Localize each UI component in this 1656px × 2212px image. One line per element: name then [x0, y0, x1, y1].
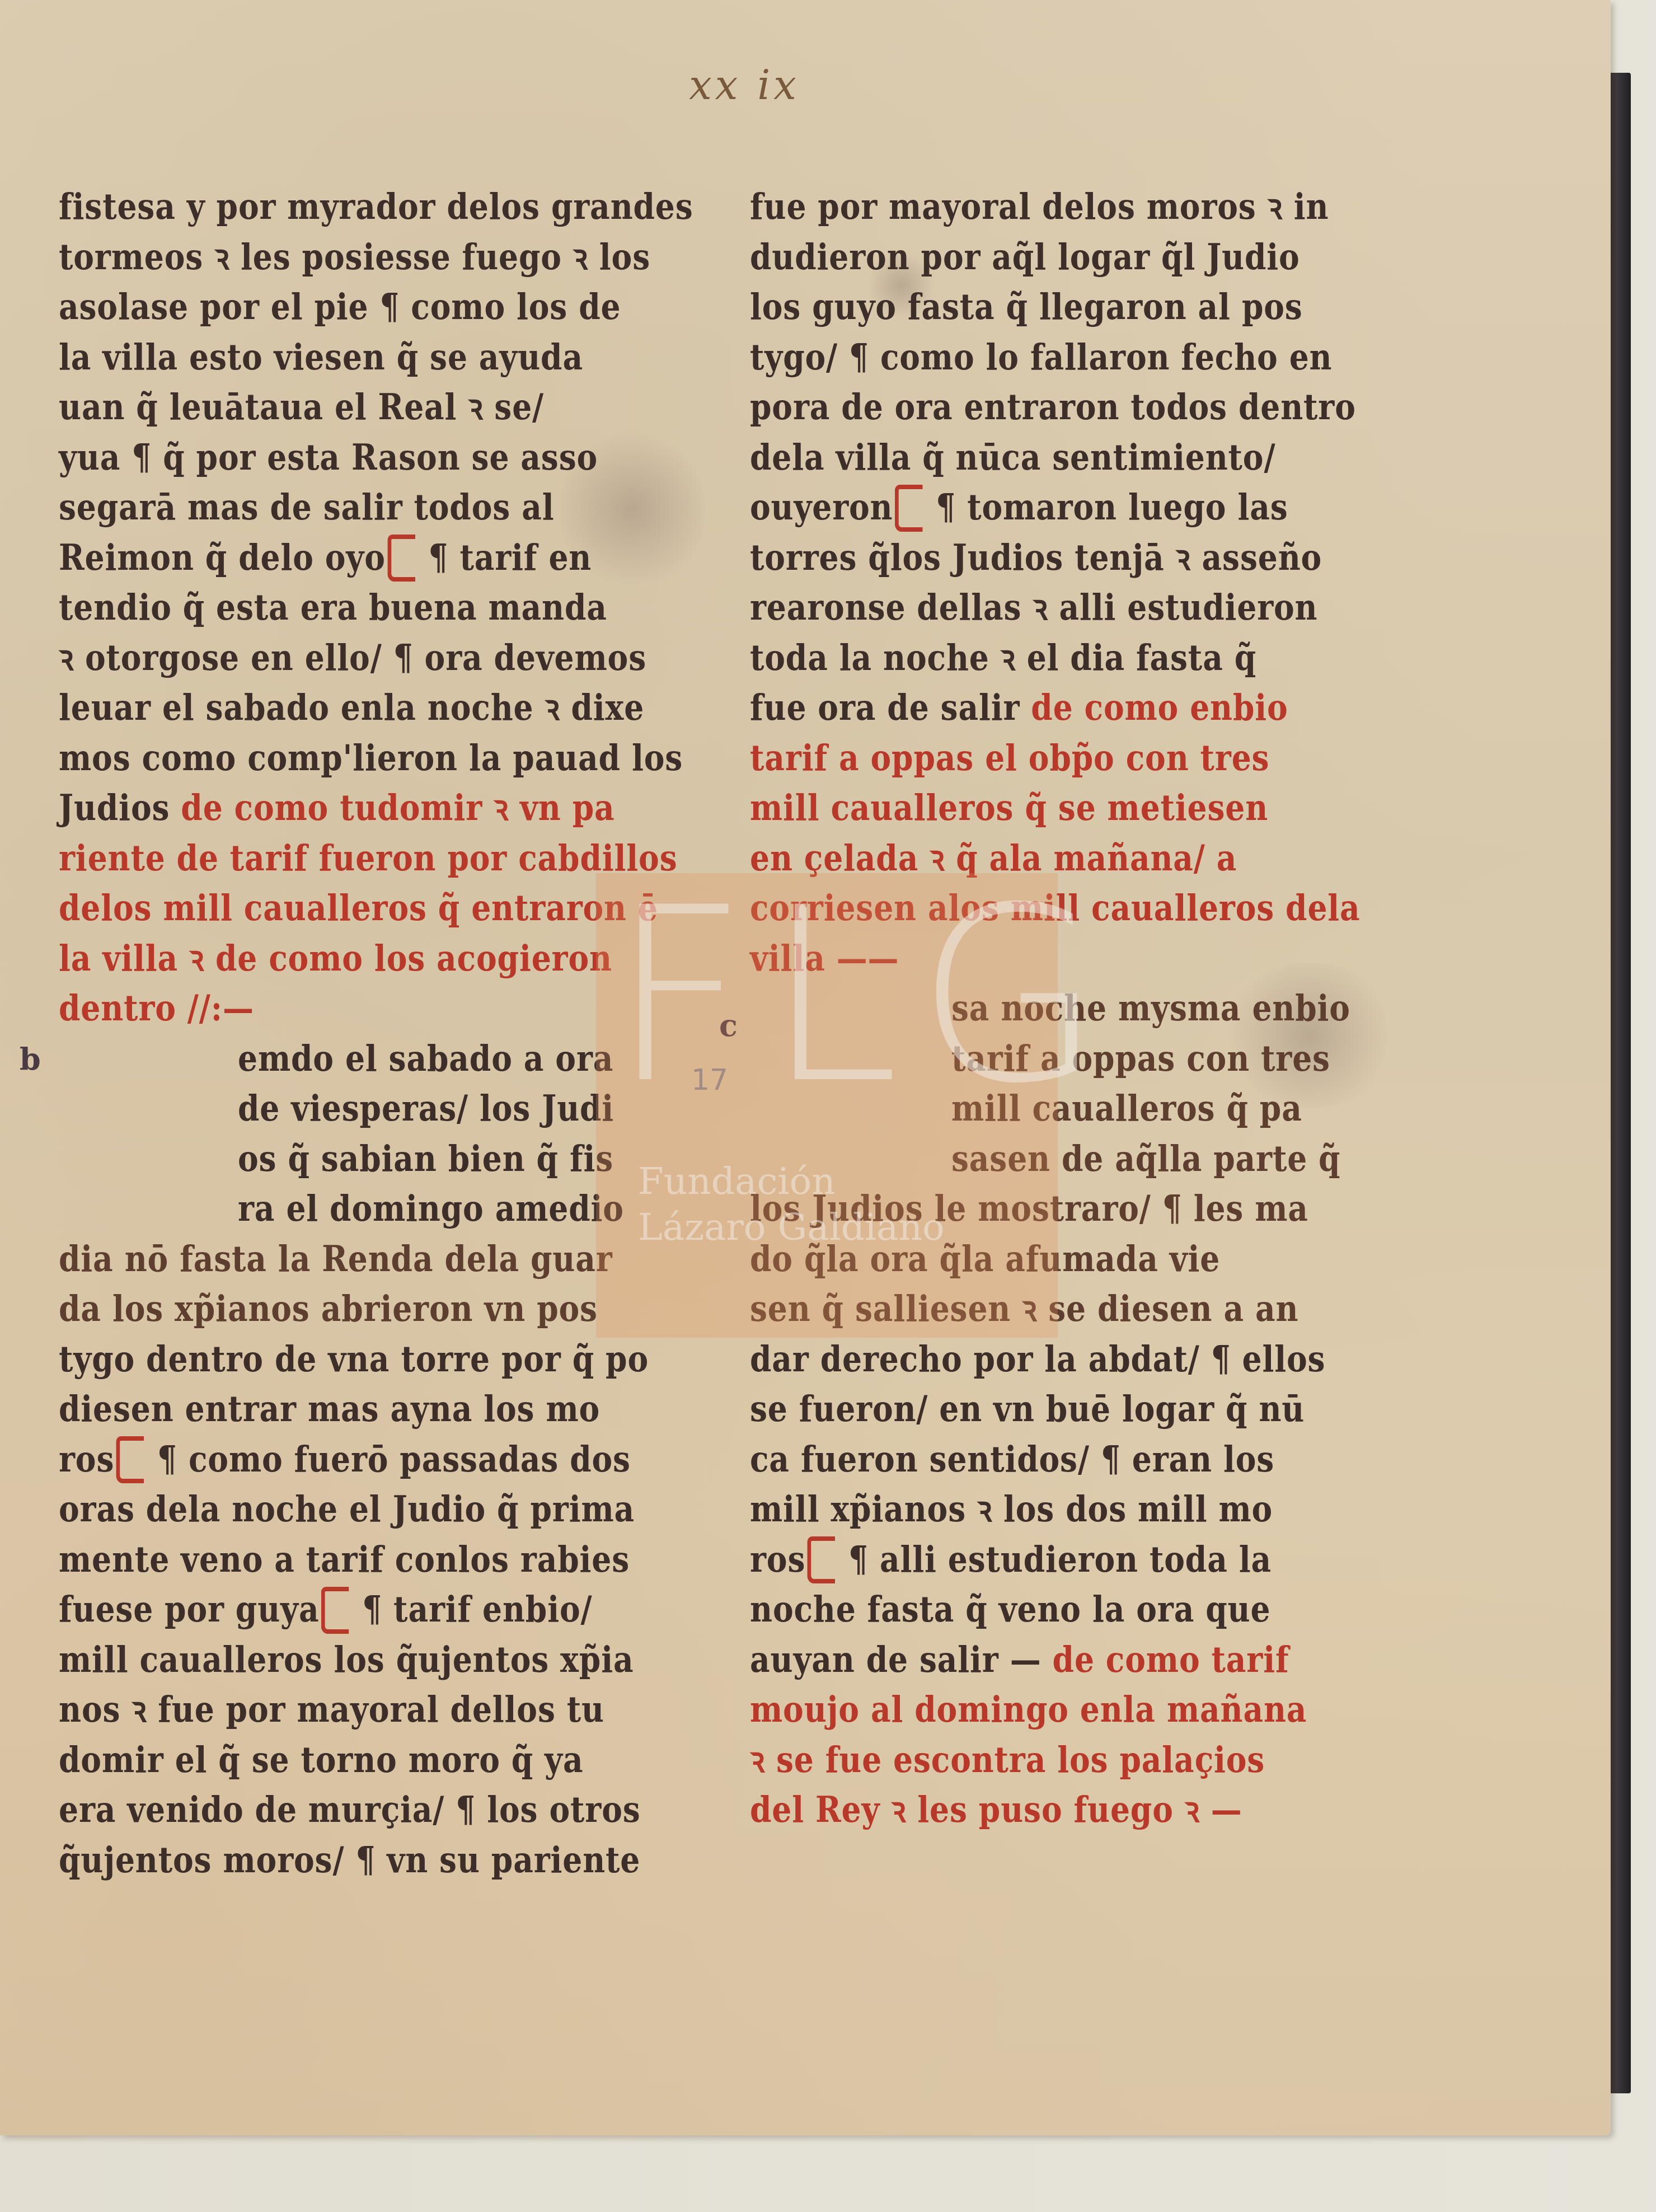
text-line: mill caualleros q̃ se metiesen — [750, 786, 1268, 831]
text-segment: oras dela noche el Judio q̃ prima — [59, 1488, 635, 1530]
text-segment: ¶ tarif enbio/ — [351, 1588, 592, 1630]
text-line: ꝛ se fue escontra los palaçios — [750, 1738, 1265, 1783]
text-segment: dudieron por aq̃l logar q̃l Judio — [750, 236, 1300, 278]
text-segment: era venido de murçia/ ¶ los otros — [59, 1789, 641, 1831]
text-line: moujo al domingo enla mañana — [750, 1688, 1307, 1732]
text-line: la villa ꝛ de como los acogieron — [59, 936, 612, 981]
text-line: fue por mayoral delos moros ꝛ in — [750, 185, 1329, 229]
text-segment: os q̃ sabian bien q̃ fis — [238, 1138, 613, 1180]
text-segment: emdo el sabado a ora — [238, 1038, 613, 1080]
text-line: dudieron por aq̃l logar q̃l Judio — [750, 235, 1300, 280]
text-segment: fuese por guya — [59, 1588, 319, 1630]
text-line: tygo dentro de vna torre por q̃ po — [59, 1337, 649, 1382]
text-segment: Judios — [59, 787, 170, 829]
text-line: domir el q̃ se torno moro q̃ ya — [59, 1738, 583, 1783]
text-line: fue ora de salir de como enbio — [750, 686, 1288, 730]
text-line: os q̃ sabian bien q̃ fis — [238, 1137, 613, 1182]
text-segment: ros — [59, 1438, 114, 1480]
text-line: rearonse dellas ꝛ alli estudieron — [750, 585, 1317, 630]
text-segment: los guyo fasta q̃ llegaron al pos — [750, 286, 1303, 328]
text-line: dar derecho por la abdat/ ¶ ellos — [750, 1337, 1325, 1382]
text-line: ros ¶ alli estudieron toda la — [750, 1538, 1272, 1586]
text-line: se fueron/ en vn buē logar q̃ nū — [750, 1387, 1305, 1432]
text-segment: diesen entrar mas ayna los mo — [59, 1388, 600, 1430]
text-line: noche fasta q̃ veno la ora que — [750, 1587, 1270, 1632]
text-line: oras dela noche el Judio q̃ prima — [59, 1487, 635, 1532]
text-segment: riente de tarif fueron por cabdillos — [59, 837, 678, 879]
text-segment: tygo/ ¶ como lo fallaron fecho en — [750, 336, 1332, 378]
text-segment: la villa ꝛ de como los acogieron — [59, 938, 612, 980]
text-line: Judios de como tudomir ꝛ vn pa — [59, 786, 615, 831]
text-segment: delos mill caualleros q̃ entraron ē — [59, 887, 658, 929]
text-segment: ꝛ otorgose en ello/ ¶ ora devemos — [59, 637, 646, 679]
pilcrow-mark-icon — [116, 1436, 144, 1483]
text-line: la villa esto viesen q̃ se ayuda — [59, 335, 583, 380]
text-segment: mos como comp'lieron la pauad los — [59, 737, 683, 779]
text-line: delos mill caualleros q̃ entraron ē — [59, 886, 658, 931]
text-line: mill caualleros los q̃ujentos xp̃ia — [59, 1638, 634, 1683]
text-segment: fue por mayoral delos moros ꝛ in — [750, 186, 1329, 228]
text-line: tormeos ꝛ les posiesse fuego ꝛ los — [59, 235, 650, 280]
text-segment: dela villa q̃ nūca sentimiento/ — [750, 437, 1275, 479]
text-line: fistesa y por myrador delos grandes — [59, 185, 693, 229]
text-line: mente veno a tarif conlos rabies — [59, 1538, 630, 1582]
text-segment: moujo al domingo enla mañana — [750, 1689, 1307, 1731]
text-line: ros ¶ como fuerō passadas dos — [59, 1437, 631, 1486]
text-segment: tormeos ꝛ les posiesse fuego ꝛ los — [59, 236, 650, 278]
text-segment: de viesperas/ los Judi — [238, 1088, 614, 1130]
text-segment: mill xp̃ianos ꝛ los dos mill mo — [750, 1488, 1273, 1530]
text-line: Reimon q̃ delo oyo ¶ tarif en — [59, 536, 592, 584]
text-segment: Reimon q̃ delo oyo — [59, 537, 386, 579]
text-segment: ꝛ se fue escontra los palaçios — [750, 1739, 1265, 1781]
text-segment: uan q̃ leuātaua el Real ꝛ se/ — [59, 386, 544, 428]
text-segment: ¶ tomaron luego las — [925, 486, 1288, 528]
text-line: da los xp̃ianos abrieron vn pos — [59, 1287, 598, 1332]
watermark-line-1: Fundación — [638, 1159, 1063, 1205]
text-segment: rearonse dellas ꝛ alli estudieron — [750, 587, 1317, 629]
text-line: de viesperas/ los Judi — [238, 1086, 614, 1131]
text-segment: dentro //:— — [59, 987, 254, 1029]
text-segment: leuar el sabado enla noche ꝛ dixe — [59, 687, 644, 729]
text-segment: la villa esto viesen q̃ se ayuda — [59, 336, 583, 378]
text-line: leuar el sabado enla noche ꝛ dixe — [59, 686, 644, 730]
text-segment: torres q̃los Judios tenjā ꝛ asseño — [750, 537, 1322, 579]
text-line: fuese por guya ¶ tarif enbio/ — [59, 1587, 592, 1636]
text-segment: dar derecho por la abdat/ ¶ ellos — [750, 1338, 1325, 1380]
book-binding-edge — [1607, 73, 1631, 2093]
text-line: tygo/ ¶ como lo fallaron fecho en — [750, 335, 1332, 380]
text-segment: ra el domingo amedio — [238, 1188, 624, 1230]
text-segment: yua ¶ q̃ por esta Rason se asso — [59, 437, 598, 479]
pilcrow-mark-icon — [321, 1587, 349, 1634]
text-segment: fue ora de salir — [750, 687, 1020, 729]
text-segment: mill caualleros los q̃ujentos xp̃ia — [59, 1639, 634, 1681]
text-line: era venido de murçia/ ¶ los otros — [59, 1788, 641, 1833]
text-line: toda la noche ꝛ el dia fasta q̃ — [750, 636, 1256, 681]
watermark-logo: FLG — [610, 862, 1058, 1131]
text-line: segarā mas de salir todos al — [59, 485, 554, 530]
text-line: riente de tarif fueron por cabdillos — [59, 836, 678, 881]
text-line: auyan de salir — de como tarif — [750, 1638, 1289, 1683]
text-segment: ¶ tarif en — [417, 537, 592, 579]
text-segment: ca fueron sentidos/ ¶ eran los — [750, 1438, 1274, 1480]
text-segment: del Rey ꝛ les puso fuego ꝛ — — [750, 1789, 1242, 1831]
text-segment: tarif a oppas el obp̃o con tres — [750, 737, 1269, 779]
text-segment: fistesa y por myrador delos grandes — [59, 186, 693, 228]
text-line: dela villa q̃ nūca sentimiento/ — [750, 435, 1275, 480]
text-segment: pora de ora entraron todos dentro — [750, 386, 1356, 428]
text-segment: ¶ alli estudieron toda la — [837, 1539, 1272, 1581]
watermark-line-2: Lázaro Galdiano — [638, 1205, 1063, 1250]
text-line: yua ¶ q̃ por esta Rason se asso — [59, 435, 598, 480]
text-line: emdo el sabado a ora — [238, 1037, 613, 1081]
rubric-heading: de como tarif — [1042, 1639, 1289, 1681]
text-segment: segarā mas de salir todos al — [59, 486, 554, 528]
text-segment: auyan de salir — — [750, 1639, 1042, 1681]
rubric-heading: de como tudomir ꝛ vn pa — [170, 787, 614, 829]
text-line: tendio q̃ esta era buena manda — [59, 585, 607, 630]
text-segment: q̃ujentos moros/ ¶ vn su pariente — [59, 1839, 640, 1881]
text-line: uan q̃ leuātaua el Real ꝛ se/ — [59, 385, 544, 430]
pilcrow-mark-icon — [808, 1536, 836, 1583]
text-segment: se fueron/ en vn buē logar q̃ nū — [750, 1388, 1305, 1430]
text-segment: mill caualleros q̃ se metiesen — [750, 787, 1268, 829]
text-segment: da los xp̃ianos abrieron vn pos — [59, 1288, 598, 1330]
text-line: ꝛ otorgose en ello/ ¶ ora devemos — [59, 636, 646, 681]
text-segment: tygo dentro de vna torre por q̃ po — [59, 1338, 649, 1380]
text-segment: ouyeron — [750, 486, 893, 528]
text-line: diesen entrar mas ayna los mo — [59, 1387, 600, 1432]
text-segment: nos ꝛ fue por mayoral dellos tu — [59, 1689, 604, 1731]
text-line: mill xp̃ianos ꝛ los dos mill mo — [750, 1487, 1273, 1532]
text-line: ouyeron ¶ tomaron luego las — [750, 485, 1288, 534]
pilcrow-mark-icon — [387, 535, 415, 582]
text-line: mos como comp'lieron la pauad los — [59, 736, 683, 781]
text-line: del Rey ꝛ les puso fuego ꝛ — — [750, 1788, 1242, 1833]
text-segment: ros — [750, 1539, 805, 1581]
text-segment: ¶ como fuerō passadas dos — [146, 1438, 631, 1480]
text-segment: mente veno a tarif conlos rabies — [59, 1539, 630, 1581]
watermark-text: Fundación Lázaro Galdiano — [638, 1159, 1063, 1250]
text-line: nos ꝛ fue por mayoral dellos tu — [59, 1688, 604, 1732]
text-segment: tendio q̃ esta era buena manda — [59, 587, 607, 629]
text-segment: asolase por el pie ¶ como los de — [59, 286, 621, 328]
pilcrow-mark-icon — [895, 485, 923, 532]
rubric-heading: de como enbio — [1020, 687, 1288, 729]
text-segment: dia nō fasta la Renda dela guar — [59, 1238, 613, 1280]
folio-number: xx ix — [669, 62, 820, 112]
text-line: torres q̃los Judios tenjā ꝛ asseño — [750, 536, 1322, 580]
text-line: dentro //:— — [59, 986, 254, 1031]
text-segment: noche fasta q̃ veno la ora que — [750, 1588, 1270, 1630]
text-line: pora de ora entraron todos dentro — [750, 385, 1356, 430]
text-line: ca fueron sentidos/ ¶ eran los — [750, 1437, 1274, 1482]
text-segment: toda la noche ꝛ el dia fasta q̃ — [750, 637, 1256, 679]
text-line: asolase por el pie ¶ como los de — [59, 285, 621, 330]
text-segment: domir el q̃ se torno moro q̃ ya — [59, 1739, 583, 1781]
text-line: dia nō fasta la Renda dela guar — [59, 1237, 613, 1282]
text-line: ra el domingo amedio — [238, 1187, 624, 1231]
margin-letter-b: b — [20, 1041, 41, 1077]
text-line: tarif a oppas el obp̃o con tres — [750, 736, 1269, 781]
text-line: q̃ujentos moros/ ¶ vn su pariente — [59, 1838, 640, 1883]
text-line: los guyo fasta q̃ llegaron al pos — [750, 285, 1303, 330]
